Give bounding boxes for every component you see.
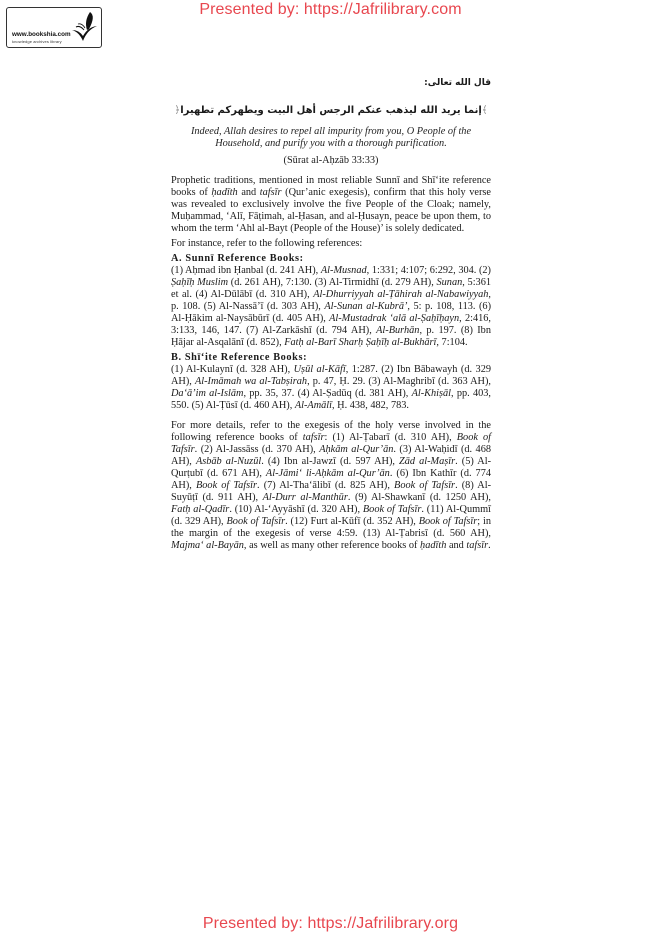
page-content: قال الله تعالى: ﴾إنما يريد الله ليذهب عن… [171, 78, 491, 552]
text-run: (d. 261 AH), 7:130. (3) Al-Tirmidhī (d. … [228, 277, 436, 288]
book-title: Book of Tafsīr [196, 480, 257, 491]
book-title: Majma‘ al-Bayān [171, 540, 244, 551]
book-title: Fatḥ al-Qadīr [171, 504, 229, 515]
italic-term: ḥadīth [420, 540, 446, 551]
lead-in: For instance, refer to the following ref… [171, 238, 491, 250]
book-title: Aḥkām al-Qur’ān [319, 444, 393, 455]
book-title: Zād al-Maṣīr [399, 456, 455, 467]
text-run: , 1:331; 4:107; 6:292, 304. (2) [367, 265, 491, 276]
verse-citation: (Sūrat al-Aḥzāb 33:33) [171, 155, 491, 167]
book-title: Book of Tafsīr [363, 504, 422, 515]
italic-term: ḥadīth [211, 187, 237, 198]
text-run: . (12) Furt al-Kūfī (d. 352 AH), [285, 516, 419, 527]
book-title: Al-Burhān [376, 325, 419, 336]
logo-url: www.bookshia.com [12, 31, 71, 38]
book-title: Sunan [437, 277, 463, 288]
book-title: Al-Durr al-Manthūr [263, 492, 348, 503]
italic-term: tafsīr [466, 540, 488, 551]
text-run: , pp. 35, 37. (4) Al-Ṣadūq (d. 381 AH), [243, 388, 411, 399]
text-run: and [238, 187, 260, 198]
book-title: Ṣaḥīḥ Muslim [171, 277, 228, 288]
book-title: Al-Imāmah wa al-Tabṣirah [195, 376, 307, 387]
text-run: . [488, 540, 491, 551]
text-run: . (10) Al-‘Ayyāshī (d. 320 AH), [229, 504, 363, 515]
book-title: Fatḥ al-Barī Sharḥ Ṣaḥīḥ al-Bukhārī [284, 337, 436, 348]
text-run: , Ḥ. 438, 482, 783. [332, 400, 409, 411]
book-title: Al-Musnad [321, 265, 367, 276]
text-run: and [446, 540, 466, 551]
book-title: Al-Jāmi‘ li-Aḥkām al-Qur’ān [266, 468, 390, 479]
watermark-bottom-link[interactable]: Presented by: https://Jafrilibrary.org [0, 915, 661, 933]
text-run: : (1) Al-Ṭabarī (d. 310 AH), [325, 432, 457, 443]
text-run: , as well as many other reference books … [244, 540, 420, 551]
text-run: . (7) Al-Tha‘ālibī (d. 825 AH), [257, 480, 394, 491]
book-title: Al-Amālī [295, 400, 332, 411]
book-title: Al-Sunan al-Kubrā’ [324, 301, 407, 312]
sunni-references: (1) Aḥmad ibn Ḥanbal (d. 241 AH), Al-Mus… [171, 265, 491, 349]
book-title: Da‘ā’im al-Islām [171, 388, 243, 399]
book-title: Book of Tafsīr [419, 516, 478, 527]
details-paragraph: For more details, refer to the exegesis … [171, 420, 491, 552]
text-run: (1) Al-Kulaynī (d. 328 AH), [171, 364, 294, 375]
italic-term: tafsīr [260, 187, 282, 198]
book-title: Book of Tafsīr [394, 480, 455, 491]
ornament-open-icon: ﴾ [482, 105, 488, 116]
arabic-verse: ﴾إنما يريد الله ليذهب عنكم الرجس أهل الب… [171, 105, 491, 121]
book-title: Al-Khiṣāl [412, 388, 451, 399]
text-run: (1) Aḥmad ibn Ḥanbal (d. 241 AH), [171, 265, 321, 276]
bookshia-logo[interactable]: www.bookshia.com knowledge archives libr… [6, 7, 102, 48]
text-run: . (2) Al-Jassāss (d. 370 AH), [195, 444, 320, 455]
book-title: Asbāb al-Nuzūl [196, 456, 261, 467]
shiite-heading: B. Shī‘ite Reference Books: [171, 352, 491, 364]
intro-paragraph: Prophetic traditions, mentioned in most … [171, 175, 491, 235]
logo-tagline: knowledge archives library [12, 39, 62, 44]
text-run: . (4) Ibn al-Jawzī (d. 597 AH), [261, 456, 399, 467]
verse-translation: Indeed, Allah desires to repel all impur… [171, 126, 491, 150]
book-title: Al-Mustadrak ‘alā al-Ṣaḥīḥayn [329, 313, 459, 324]
shiite-references: (1) Al-Kulaynī (d. 328 AH), Uṣūl al-Kāfī… [171, 364, 491, 412]
quill-book-icon [70, 10, 98, 44]
book-title: Al-Dhurriyyah al-Ṭāhirah al-Nabawiyyah [313, 289, 488, 300]
book-title: Book of Tafsīr [227, 516, 286, 527]
arabic-intro: قال الله تعالى: [171, 78, 491, 92]
italic-term: tafsīr [303, 432, 325, 443]
text-run: , p. 47, Ḥ. 29. (3) Al-Maghribī (d. 363 … [307, 376, 491, 387]
book-title: Uṣūl al-Kāfī [294, 364, 346, 375]
arabic-verse-text: إنما يريد الله ليذهب عنكم الرجس أهل البي… [180, 105, 482, 116]
text-run: , 7:104. [436, 337, 467, 348]
text-run: . (9) Al-Shawkanī (d. 1250 AH), [348, 492, 491, 503]
sunni-heading: A. Sunnī Reference Books: [171, 253, 491, 265]
